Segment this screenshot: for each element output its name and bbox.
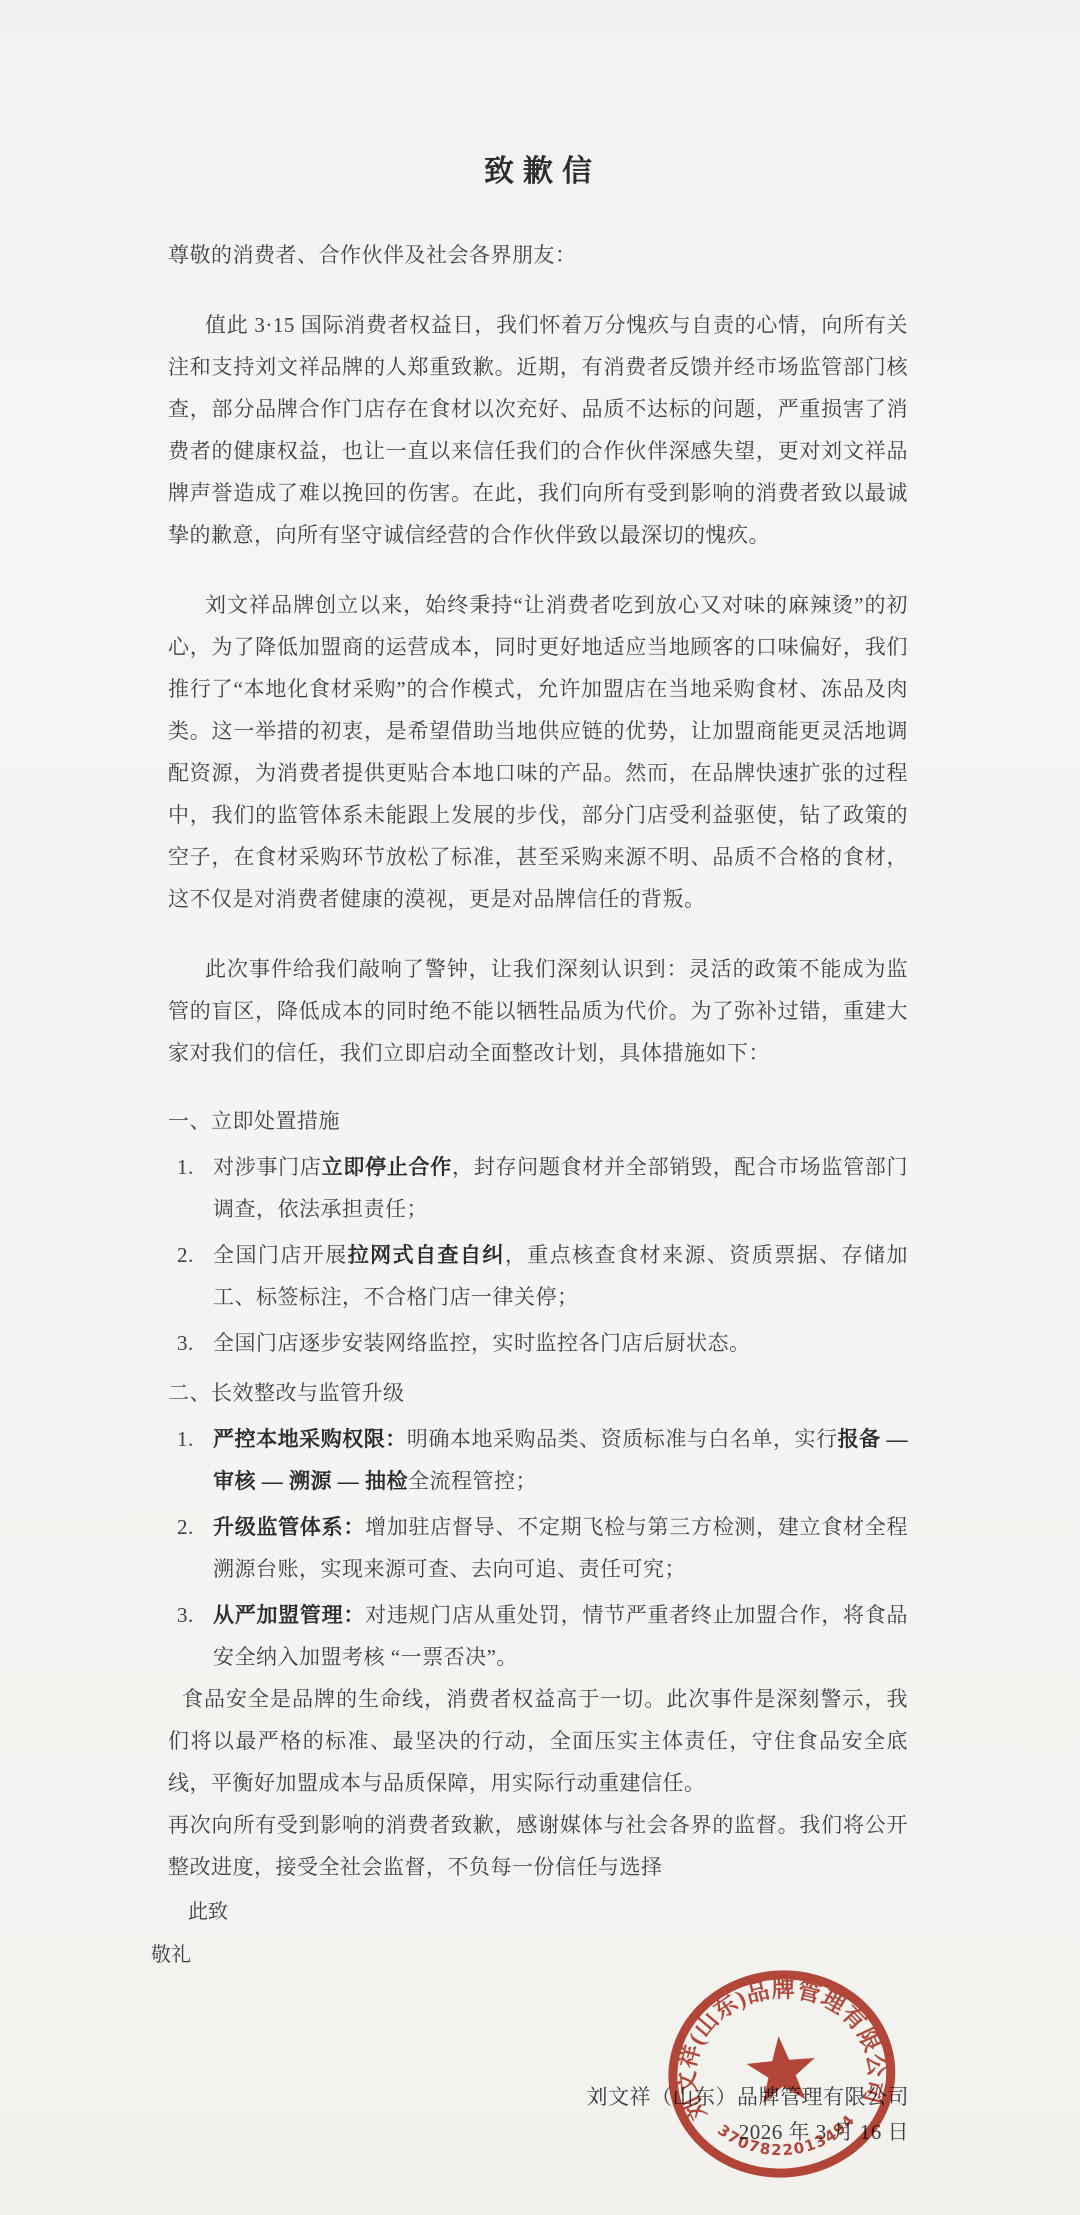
list-item: 1.对涉事门店立即停止合作，封存问题食材并全部销毁，配合市场监管部门调查，依法承… <box>168 1146 908 1230</box>
list-item-text: 从严加盟管理：对违规门店从重处罚，情节严重者终止加盟合作，将食品安全纳入加盟考核… <box>213 1594 908 1678</box>
section-2-heading: 二、长效整改与监管升级 <box>168 1372 908 1414</box>
list-item: 3.全国门店逐步安装网络监控，实时监控各门店后厨状态。 <box>168 1322 908 1364</box>
list-item-text: 升级监管体系：增加驻店督导、不定期飞检与第三方检测，建立食材全程溯源台账，实现来… <box>213 1506 908 1590</box>
list-item-text: 全国门店逐步安装网络监控，实时监控各门店后厨状态。 <box>213 1322 908 1364</box>
paragraph-2: 刘文祥品牌创立以来，始终秉持“让消费者吃到放心又对味的麻辣烫”的初心，为了降低加… <box>168 584 908 920</box>
list-item-text: 全国门店开展拉网式自查自纠，重点核查食材来源、资质票据、存储加工、标签标注，不合… <box>213 1234 908 1318</box>
company-seal-stamp: 刘文祥(山东)品牌管理有限公司 3707822013494 <box>655 1958 909 2194</box>
salute-cizhi: 此致 <box>188 1891 908 1933</box>
list-item-number: 2. <box>168 1506 213 1590</box>
closing-paragraph-2: 再次向所有受到影响的消费者致歉，感谢媒体与社会各界的监督。我们将公开整改进度，接… <box>168 1804 908 1888</box>
list-item: 3.从严加盟管理：对违规门店从重处罚，情节严重者终止加盟合作，将食品安全纳入加盟… <box>168 1594 908 1678</box>
apology-letter-page: 致歉信 尊敬的消费者、合作伙伴及社会各界朋友： 值此 3·15 国际消费者权益日… <box>0 0 1080 2215</box>
list-item-number: 1. <box>168 1418 213 1502</box>
paragraph-3: 此次事件给我们敲响了警钟，让我们深刻认识到：灵活的政策不能成为监管的盲区，降低成… <box>168 948 908 1074</box>
list-item-number: 3. <box>168 1322 213 1364</box>
list-item-number: 3. <box>168 1594 213 1678</box>
list-item: 1.严控本地采购权限：明确本地采购品类、资质标准与白名单，实行报备 — 审核 —… <box>168 1418 908 1502</box>
letter-content: 致歉信 尊敬的消费者、合作伙伴及社会各界朋友： 值此 3·15 国际消费者权益日… <box>0 0 1080 1976</box>
list-item-text: 对涉事门店立即停止合作，封存问题食材并全部销毁，配合市场监管部门调查，依法承担责… <box>213 1146 908 1230</box>
list-item-number: 2. <box>168 1234 213 1318</box>
list-item: 2.升级监管体系：增加驻店督导、不定期飞检与第三方检测，建立食材全程溯源台账，实… <box>168 1506 908 1590</box>
section-1-list: 1.对涉事门店立即停止合作，封存问题食材并全部销毁，配合市场监管部门调查，依法承… <box>168 1146 908 1364</box>
document-title: 致歉信 <box>168 146 908 190</box>
paragraph-1: 值此 3·15 国际消费者权益日，我们怀着万分愧疚与自责的心情，向所有关注和支持… <box>168 304 908 556</box>
list-item: 2.全国门店开展拉网式自查自纠，重点核查食材来源、资质票据、存储加工、标签标注，… <box>168 1234 908 1318</box>
list-item-text: 严控本地采购权限：明确本地采购品类、资质标准与白名单，实行报备 — 审核 — 溯… <box>213 1418 908 1502</box>
section-2-list: 1.严控本地采购权限：明确本地采购品类、资质标准与白名单，实行报备 — 审核 —… <box>168 1418 908 1678</box>
list-item-number: 1. <box>168 1146 213 1230</box>
closing-paragraph-1: 食品安全是品牌的生命线，消费者权益高于一切。此次事件是深刻警示，我们将以最严格的… <box>168 1678 908 1804</box>
seal-star-icon <box>744 2033 818 2104</box>
salutation: 尊敬的消费者、合作伙伴及社会各界朋友： <box>168 234 908 276</box>
section-1-heading: 一、立即处置措施 <box>168 1100 908 1142</box>
